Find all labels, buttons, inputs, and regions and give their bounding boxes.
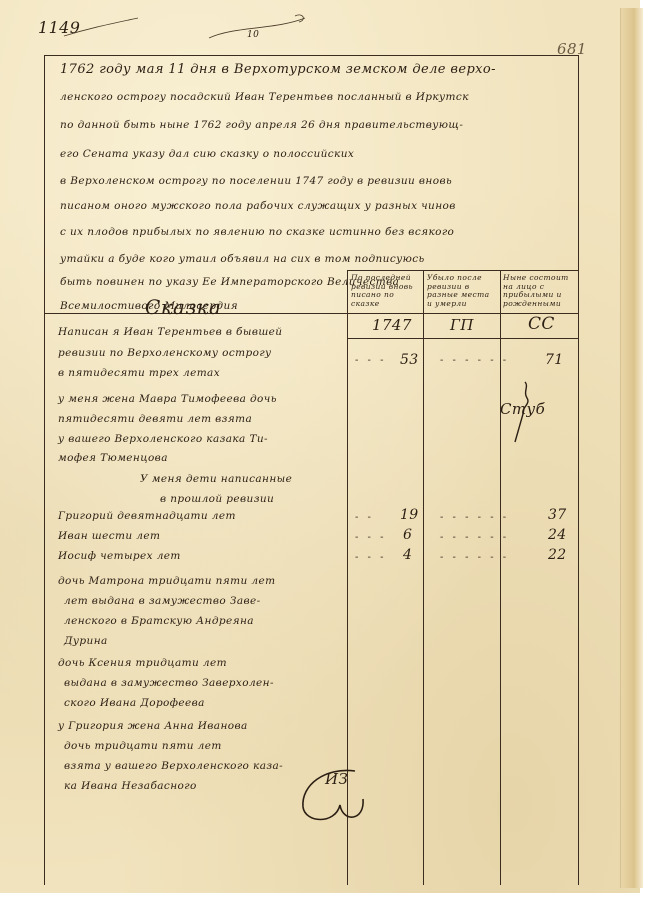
body-line-6: у вашего Верхоленского казака Ти- (58, 433, 268, 445)
archival-page: 1149 10 681 1762 году мая 11 дня в Верхо… (0, 0, 640, 893)
frame-top-line (44, 55, 579, 56)
header-line-5: в Верхоленском острогу по поселении 1747… (60, 175, 452, 187)
section-title: Сказка (145, 295, 221, 319)
row-label-iosif: Иосиф четырех лет (58, 550, 181, 562)
signature-mark: ИЗ (325, 770, 348, 788)
column-header-3: Ныне состоит на лицо с прибылыми и рожде… (503, 274, 575, 308)
column-code-2: ГП (450, 316, 474, 334)
body-line-16: Дурина (64, 635, 108, 647)
body-line-23: ка Ивана Незабасного (64, 780, 197, 792)
column-header-2: Убыло после ревизии в разные места и уме… (427, 274, 497, 308)
row-label-grigoriy: Григорий девятнадцати лет (58, 510, 236, 522)
header-line-3: по данной быть ныне 1762 году апреля 26 … (60, 119, 463, 131)
body-line-22: взята у вашего Верхоленского каза- (64, 760, 283, 772)
body-line-2: ревизии по Верхоленскому острогу (58, 347, 272, 359)
frame-right-line (578, 55, 579, 885)
column-line-2 (423, 270, 424, 885)
body-line-21: дочь тридцати пяти лет (64, 740, 222, 752)
table-header-top-line (347, 270, 579, 271)
frame-left-line (44, 55, 45, 885)
row-ivan-col1: 6 (403, 527, 412, 543)
row-self-col1: 53 (400, 352, 419, 368)
row-grigoriy-col1: 19 (400, 507, 419, 523)
header-line-1: 1762 году мая 11 дня в Верхотурском земс… (60, 62, 496, 77)
body-line-4: у меня жена Маврa Тимофеева дочь (58, 393, 277, 405)
body-line-14: лет выдана в замужество Заве- (64, 595, 261, 607)
column-code-3: СС (528, 314, 555, 334)
header-line-4: его Сената указу дал сию сказку о полосс… (60, 148, 354, 160)
header-line-9: быть повинен по указу Ее Императорского … (60, 276, 399, 288)
flourish-top-center (205, 12, 315, 42)
margin-mark-flourish (505, 378, 535, 448)
body-line-17: дочь Ксения тридцати лет (58, 657, 227, 669)
body-line-7: мофея Тюменцова (58, 452, 168, 464)
header-line-7: с их плодов прибылых по явлению по сказк… (60, 226, 454, 238)
table-header-bottom-line (44, 313, 579, 314)
flourish-top-left (60, 14, 140, 42)
body-line-20: у Григория жена Анна Иванова (58, 720, 248, 732)
body-line-15: ленского в Братскую Андреяна (64, 615, 254, 627)
body-line-1: Написан я Иван Терентьев в бывшей (58, 326, 282, 338)
row-self-col3: 71 (545, 352, 564, 368)
body-line-19: ского Ивана Дорофеева (64, 697, 205, 709)
row-ivan-col3: 24 (548, 527, 567, 543)
column-code-1: 1747 (372, 316, 412, 334)
header-line-6: писаном оного мужского пола рабочих служ… (60, 200, 456, 212)
header-line-8: утайки а буде кого утаил объявил на сих … (60, 253, 425, 265)
body-line-8: У меня дети написанные (140, 473, 292, 485)
row-iosif-col1: 4 (403, 547, 412, 563)
table-code-row-line (347, 338, 579, 339)
column-header-1: По последней ревизии вновь писано по ска… (351, 274, 421, 308)
row-label-ivan: Иван шести лет (58, 530, 160, 542)
body-line-18: выдана в замужество Заверхолен- (64, 677, 274, 689)
body-line-9: в прошлой ревизии (160, 493, 274, 505)
row-grigoriy-col3: 37 (548, 507, 567, 523)
row-iosif-col3: 22 (548, 547, 567, 563)
page-edge (620, 8, 643, 888)
body-line-13: дочь Матрона тридцати пяти лет (58, 575, 275, 587)
header-line-2: ленского острогу посадский Иван Терентье… (60, 91, 469, 103)
body-line-3: в пятидесяти трех летах (58, 367, 220, 379)
body-line-5: пятидесяти девяти лет взята (58, 413, 252, 425)
page-mark-center: 10 (247, 30, 259, 40)
